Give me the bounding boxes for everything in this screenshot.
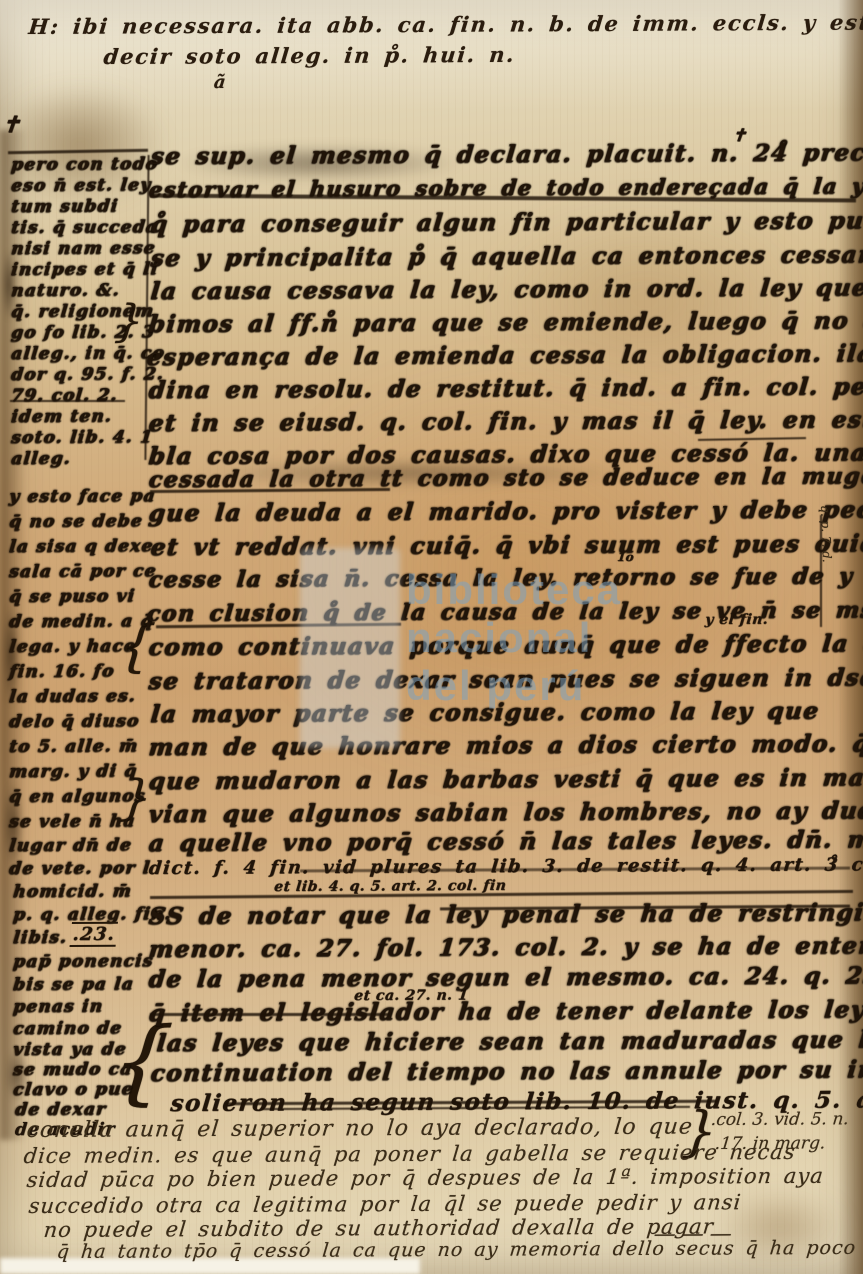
manuscript-line: gue la deuda a el marido. pro vister y d…: [147, 496, 863, 527]
manuscript-line: et vt reddat. vni cuiq̄. q̄ vbi suum est…: [149, 530, 863, 561]
margin-note-line: go fo lib. 2. 3: [10, 322, 156, 343]
right-margin-note-line: .17. in marg.: [714, 1133, 826, 1154]
superscript-note: 1o: [617, 550, 635, 564]
manuscript-page: biblioteca nacional del perú H: ibi nece…: [0, 0, 863, 1274]
margin-note-line: alleg.: [10, 449, 72, 469]
margin-note-line: marg. y di q̄: [8, 761, 138, 782]
manuscript-line: continuation del tiempo no las annule po…: [149, 1056, 863, 1087]
boxed-number: .23.: [70, 922, 119, 947]
margin-note-line: 79. col. 2.: [10, 385, 118, 406]
margin-note-line: tum subdi: [10, 196, 119, 217]
interline-note: et lib. 4. q. 5. art. 2. col. fin: [273, 878, 507, 895]
manuscript-line: se y principalita p̊ q̄ aquella ca enton…: [149, 241, 863, 272]
header-note-line: H: ibi necessara. ita abb. ca. fin. n. b…: [28, 9, 863, 39]
margin-note-line: eso n̄ est. ley: [10, 175, 152, 196]
margin-note-line: libis.: [12, 928, 68, 948]
manuscript-line: menor. ca. 27. fol. 173. col. 2. y se ha…: [147, 932, 863, 963]
margin-note-line: q̄ no se debe: [8, 511, 144, 532]
manuscript-line: q̄ ha tanto tp̄o q̄ cessó la ca que no a…: [56, 1236, 863, 1263]
manuscript-line: sidad pūca po bien puede por q̄ despues …: [26, 1164, 825, 1192]
margin-note-line: to 5. alle. m̄: [8, 736, 139, 757]
margin-note-line: clavo o pue: [12, 1079, 135, 1100]
margin-note-line: pero con todo: [10, 154, 159, 175]
margin-note-line: penas in: [12, 997, 104, 1017]
margin-note-line: lugar dn̄ de: [8, 835, 133, 856]
margin-note-line: dor q. 95. f. 2.: [10, 364, 165, 385]
margin-note-line: delo q̄ diuso: [8, 711, 140, 732]
margin-note-line: nisi nam esse: [10, 238, 156, 259]
manuscript-line: conella aunq̄ el superior no lo aya decl…: [26, 1115, 695, 1143]
margin-note-line: soto. lib. 4. 1: [10, 427, 154, 448]
manuscript-line: man de que honrare mios a dios cierto mo…: [147, 730, 863, 761]
margin-note-line: alleg., in q̄. co: [10, 343, 166, 364]
manuscript-line: cesse la sisa n̄. cessa la ley. retorno …: [147, 562, 863, 593]
manuscript-line: dina en resolu. de restitut. q̄ ind. a f…: [147, 373, 863, 404]
margin-note-line: se mudo ca: [12, 1059, 133, 1080]
right-margin-note-line: .col. 3. vid. 5. n.: [710, 1109, 850, 1130]
manuscript-line: q̄ item el legislador ha de tener delant…: [147, 996, 863, 1027]
manuscript-line: las leyes que hiciere sean tan maduradas…: [155, 1026, 863, 1057]
manuscript-line: la causa cessava la ley, como in ord. la…: [149, 274, 863, 305]
manuscript-line-struck: dict. f. 4 fin. vid plures ta lib. 3. de…: [148, 854, 863, 879]
manuscript-line: succedido otra ca legitima por la q̄l se…: [28, 1190, 743, 1218]
manuscript-line: la mayor parte se consigue. como la ley …: [149, 698, 820, 728]
manuscript-line: SS de notar que la ley penal se ha de re…: [147, 898, 863, 930]
margin-note-line: q̄ se puso vi: [8, 586, 136, 607]
margin-note-line: la sisa q dexe: [8, 536, 154, 557]
header-note-line: decir soto alleg. in p̊. hui. n.: [103, 42, 517, 69]
interline-note: y el fin.: [704, 612, 769, 628]
margin-rule: [8, 149, 148, 154]
right-edge-scribbles: q. p. 7. d.: [818, 505, 834, 563]
manuscript-line: a quelle vno porq̄ cessó n̄ las tales le…: [147, 826, 863, 857]
margin-note-line: fin. 16. fo: [8, 661, 115, 682]
manuscript-line: bimos al ff.n̊ para que se emiende, lueg…: [147, 307, 863, 338]
catchword-mark: ã: [213, 72, 229, 93]
margin-note-line: incipes et q̄ li: [10, 259, 159, 280]
manuscript-line: cessada la otra tt como sto se deduce en…: [147, 463, 863, 493]
margin-note-line: vista ya de: [12, 1039, 127, 1060]
manuscript-line-struck: estorvar el husuro sobre de todo endereç…: [148, 172, 863, 202]
margin-note-line: homicid. m̄: [12, 881, 133, 902]
margin-note-line: de vete. por l: [8, 858, 151, 879]
manuscript-line: se sup. el mesmo q̄ declara. placuit. n.…: [149, 139, 863, 170]
margin-note-line: idem ten.: [10, 406, 113, 427]
margin-note-line: se vele n̄ ha: [8, 811, 136, 832]
margin-note-line: de medin. a q̄: [8, 611, 154, 632]
manuscript-line: se trataron de dexar sean pues se siguen…: [147, 663, 863, 695]
manuscript-line: de la pena menor segun el mesmo. ca. 24.…: [147, 962, 863, 993]
margin-note-line: bis se pa la: [12, 974, 135, 995]
manuscript-line: q̊ para conseguir algun fin particular y…: [149, 207, 863, 238]
margin-note-line: sala cā por ce: [8, 561, 157, 582]
margin-note-line: q̄ en algunos: [8, 786, 146, 807]
margin-note-line: la dudas es.: [8, 686, 137, 707]
margin-note-line: lega. y hace: [8, 636, 137, 657]
margin-note-line: y esto face pa: [8, 486, 156, 507]
manuscript-line: que mudaron a las barbas vesti q̄ que es…: [147, 764, 863, 795]
margin-note-line: camino de: [12, 1018, 123, 1039]
margin-note-line: tis. q̄ succeda: [10, 217, 159, 238]
manuscript-line: et in se eiusd. q. col. fin. y mas il q̄…: [147, 406, 863, 437]
margin-note-line: q̄. religionem: [10, 301, 155, 322]
margin-note-line: naturo. &.: [10, 280, 121, 301]
manuscript-line: esperança de la emienda cessa la obligac…: [145, 340, 863, 371]
manuscript-line: vian que algunos sabian los hombres, no …: [147, 797, 863, 828]
margin-note-line: pap̄ ponencis: [12, 951, 154, 972]
manuscript-line: como continuava porque aunq̄ que de ffec…: [147, 629, 863, 661]
cross-mark: ✝: [0, 112, 21, 138]
